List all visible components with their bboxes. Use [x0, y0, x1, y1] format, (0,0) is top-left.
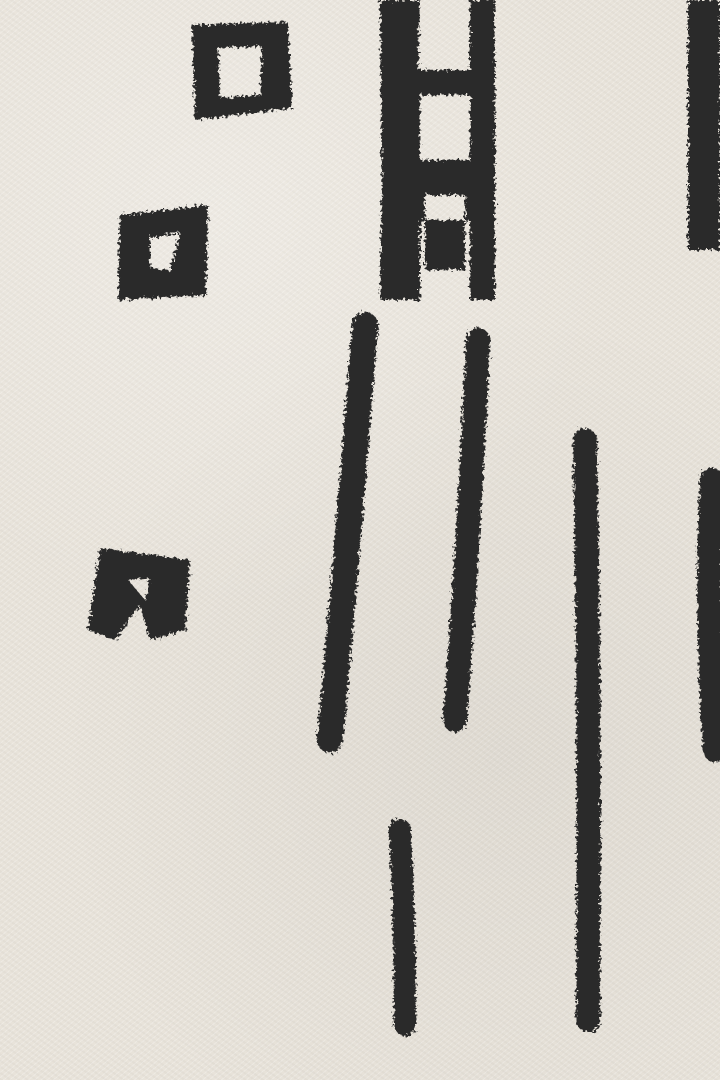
rug-motifs	[0, 0, 720, 1080]
rug-photo: Close-up of a cream shaggy wool rug with…	[0, 0, 720, 1080]
